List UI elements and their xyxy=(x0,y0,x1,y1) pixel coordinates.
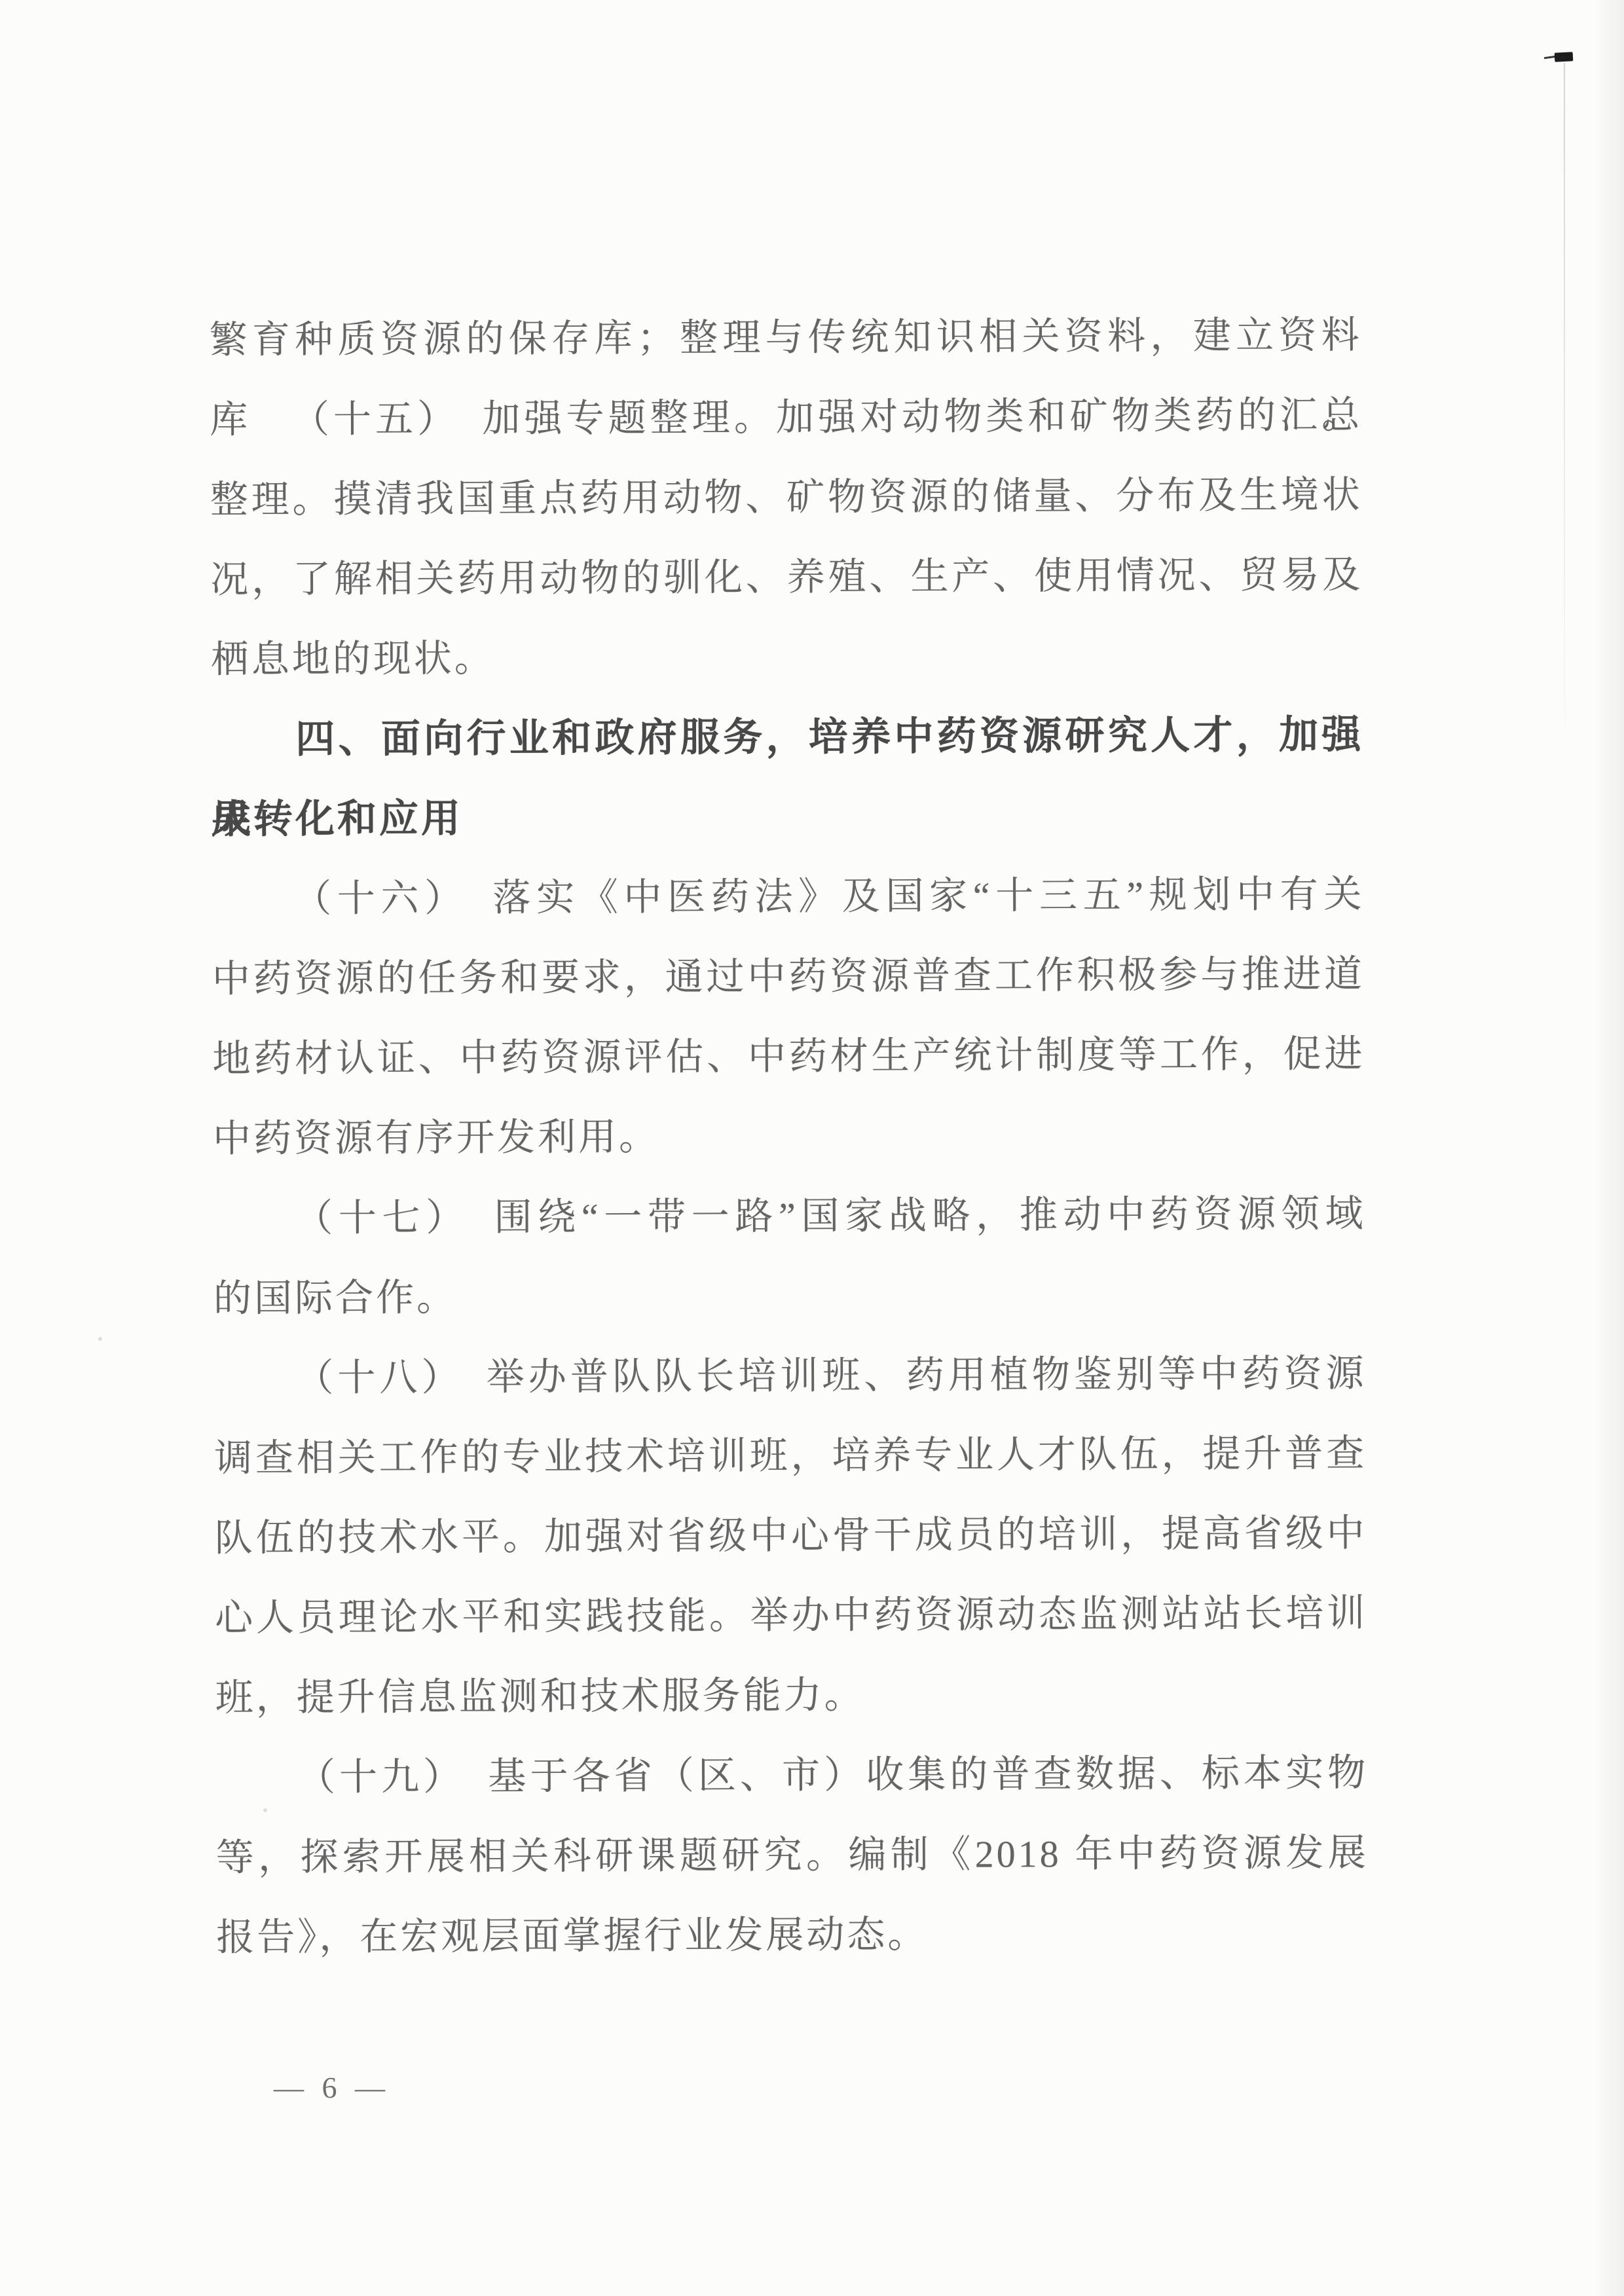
section-heading-line: 四、面向行业和政府服务，培养中药资源研究人才，加强成 xyxy=(211,695,1364,780)
text-line: 地药材认证、中药资源评估、中药材生产统计制度等工作，促进 xyxy=(212,1014,1365,1099)
text-line: 中药资源有序开发利用。 xyxy=(213,1094,1366,1179)
text-line: 繁育种质资源的保存库；整理与传统知识相关资料，建立资料库。 xyxy=(209,295,1362,380)
text-line: 调查相关工作的专业技术培训班，培养专业人才队伍，提升普查 xyxy=(214,1413,1367,1499)
text-line: （十七） 围绕“一带一路”国家战略，推动中药资源领域 xyxy=(213,1174,1366,1259)
text-line: 等，探索开展相关科研课题研究。编制《2018 年中药资源发展 xyxy=(216,1813,1369,1898)
scan-speck xyxy=(98,1337,102,1341)
text-line: 的国际合作。 xyxy=(213,1254,1367,1339)
text-line: 心人员理论水平和实践技能。举办中药资源动态监测站站长培训 xyxy=(215,1573,1368,1658)
text-line: （十五） 加强专题整理。加强对动物类和矿物类药的汇总 xyxy=(210,375,1363,460)
text-line: （十八） 举办普队队长培训班、药用植物鉴别等中药资源 xyxy=(213,1334,1367,1419)
text-line: （十六） 落实《中医药法》及国家“十三五”规划中有关 xyxy=(212,854,1365,939)
section-heading-line: 果转化和应用 xyxy=(212,774,1365,860)
text-line: （十九） 基于各省（区、市）收集的普查数据、标本实物 xyxy=(215,1733,1369,1818)
text-line: 整理。摸清我国重点药用动物、矿物资源的储量、分布及生境状 xyxy=(210,455,1363,540)
scanned-document-page: 繁育种质资源的保存库；整理与传统知识相关资料，建立资料库。 （十五） 加强专题整… xyxy=(0,0,1624,2296)
text-line: 报告》，在宏观层面掌握行业发展动态。 xyxy=(216,1893,1369,1978)
document-text-block: 繁育种质资源的保存库；整理与传统知识相关资料，建立资料库。 （十五） 加强专题整… xyxy=(209,295,1369,1978)
page-number: — 6 — xyxy=(274,2068,390,2108)
text-line: 中药资源的任务和要求，通过中药资源普查工作积极参与推进道 xyxy=(212,934,1365,1019)
scan-artifact-line xyxy=(1564,63,1565,731)
text-line: 栖息地的现状。 xyxy=(211,615,1364,700)
scan-edge-shadow xyxy=(1593,0,1624,2296)
scan-speck xyxy=(263,1808,267,1812)
text-line: 队伍的技术水平。加强对省级中心骨干成员的培训，提高省级中 xyxy=(214,1493,1367,1578)
text-line: 班，提升信息监测和技术服务能力。 xyxy=(215,1653,1368,1738)
text-line: 况，了解相关药用动物的驯化、养殖、生产、使用情况、贸易及 xyxy=(210,535,1363,620)
scan-artifact-mark xyxy=(1555,52,1574,62)
